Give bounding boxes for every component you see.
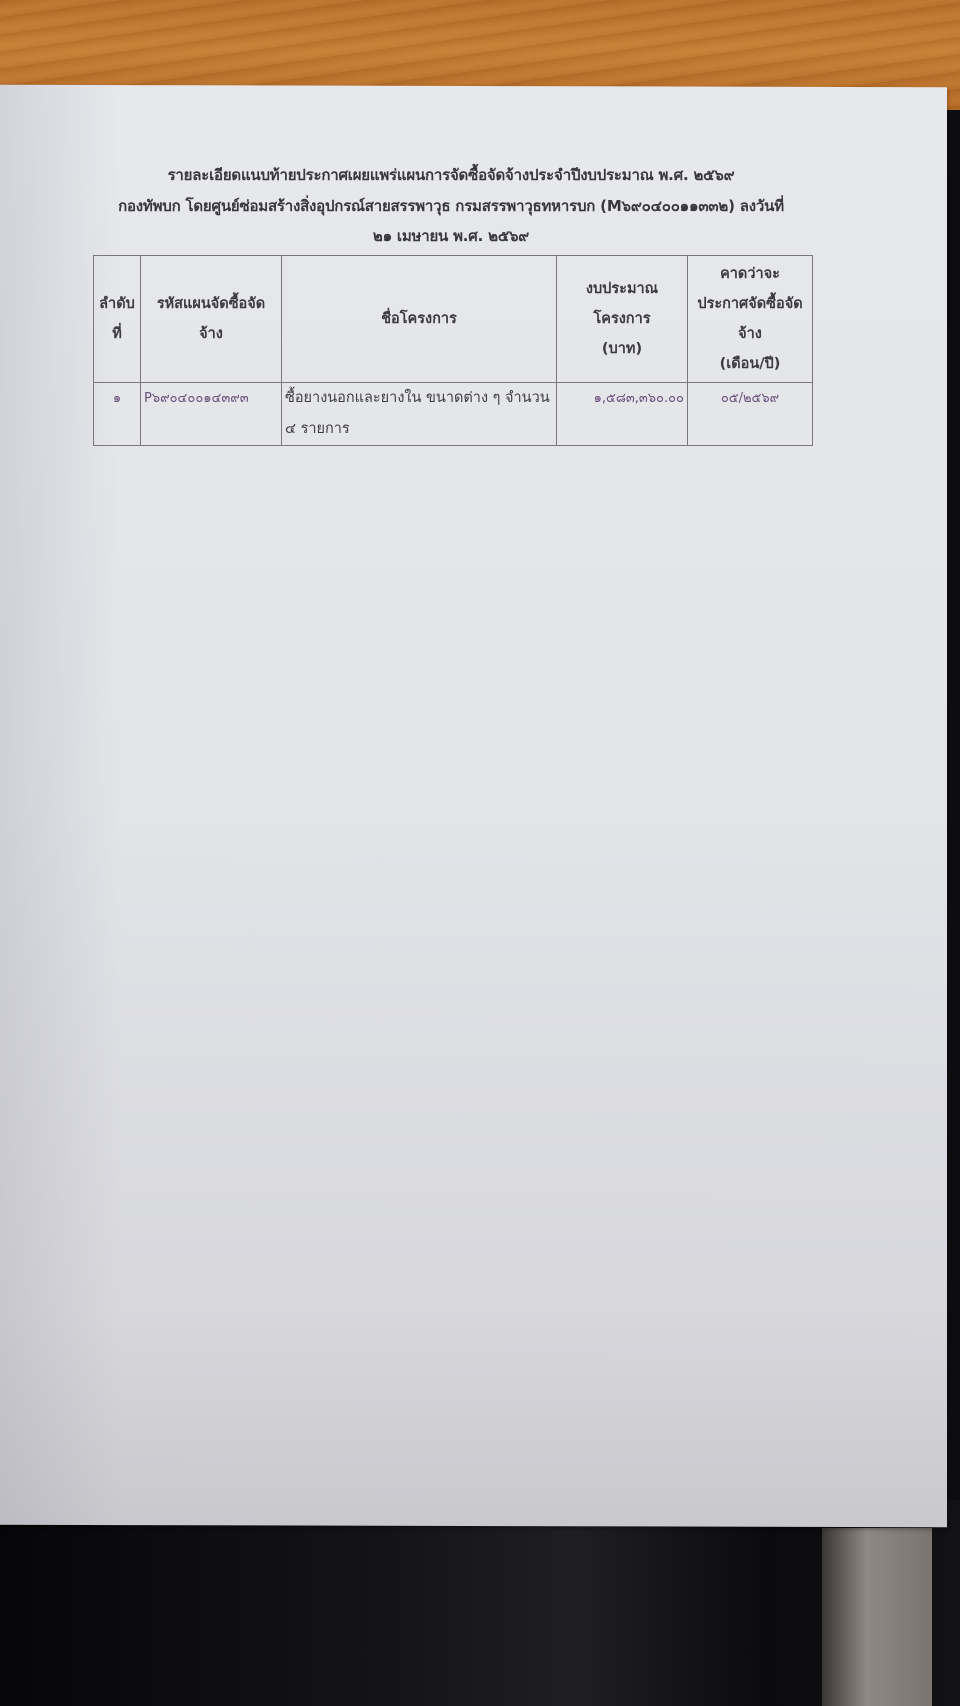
- header-plan-code: รหัสแผนจัดซื้อจัด จ้าง: [141, 256, 282, 383]
- wall-background: [822, 1528, 932, 1706]
- header-budget: งบประมาณ โครงการ (บาท): [557, 256, 688, 383]
- header-seq: ลำดับ ที่: [94, 256, 141, 383]
- document-title-line-2: กองทัพบก โดยศูนย์ซ่อมสร้างสิ่งอุปกรณ์สาย…: [90, 194, 812, 218]
- dark-fabric-background: [0, 1500, 960, 1706]
- cell-project-name: ซื้อยางนอกและยางใน ขนาดต่าง ๆ จำนวน ๔ รา…: [282, 383, 557, 446]
- document-title-line-3: ๒๑ เมษายน พ.ศ. ๒๕๖๙: [90, 224, 812, 248]
- table-row: ๑ P๖๙๐๔๐๐๑๔๓๙๓ ซื้อยางนอกและยางใน ขนาดต่…: [94, 383, 813, 446]
- cell-seq: ๑: [94, 383, 141, 446]
- table-header-row: ลำดับ ที่ รหัสแผนจัดซื้อจัด จ้าง ชื่อโคร…: [94, 256, 813, 383]
- cell-budget: ๑,๕๘๓,๓๖๐.๐๐: [557, 383, 688, 446]
- procurement-plan-table: ลำดับ ที่ รหัสแผนจัดซื้อจัด จ้าง ชื่อโคร…: [93, 255, 813, 446]
- cell-expected-date: ๐๕/๒๕๖๙: [688, 383, 813, 446]
- cell-plan-code: P๖๙๐๔๐๐๑๔๓๙๓: [141, 383, 282, 446]
- header-project-name: ชื่อโครงการ: [282, 256, 557, 383]
- header-expected-date: คาดว่าจะ ประกาศจัดซื้อจัด จ้าง (เดือน/ปี…: [688, 256, 813, 383]
- document-title-line-1: รายละเอียดแนบท้ายประกาศเผยแพร่แผนการจัดซ…: [90, 163, 812, 187]
